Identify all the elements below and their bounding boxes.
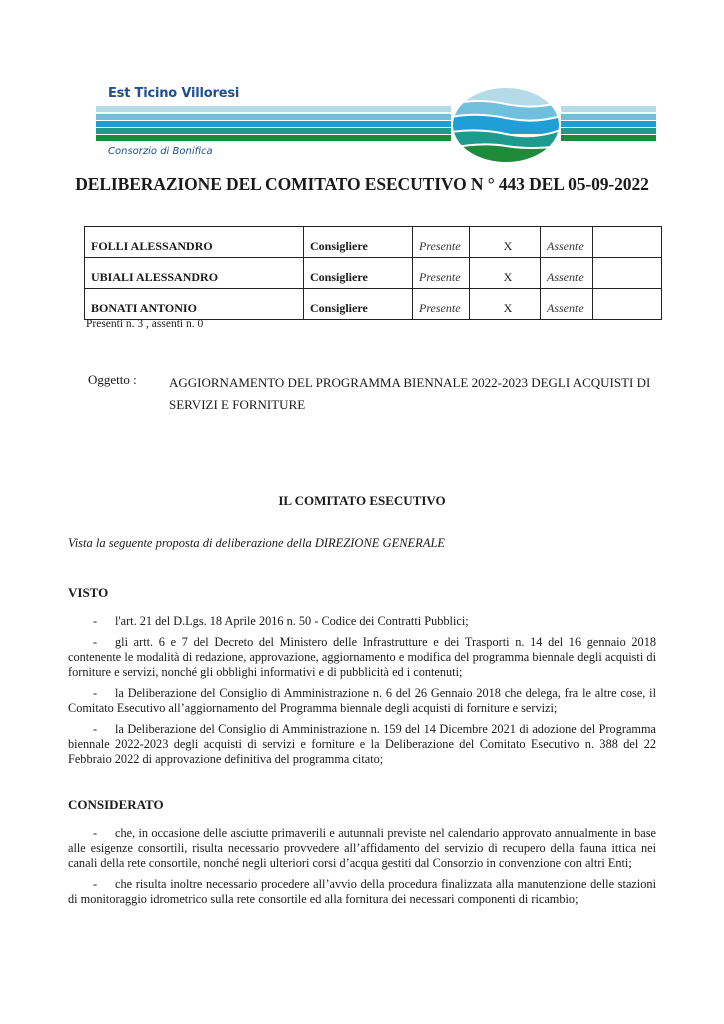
- logo-stripe: [96, 114, 656, 120]
- consortium-logo: Est Ticino Villoresi Consorzio di Bonifi…: [96, 86, 656, 164]
- subject-label: Oggetto :: [88, 372, 137, 388]
- visto-heading: VISTO: [68, 585, 108, 601]
- member-name: UBIALI ALESSANDRO: [85, 258, 304, 289]
- list-item: -l'art. 21 del D.Lgs. 18 Aprile 2016 n. …: [68, 614, 656, 629]
- present-label: Presente: [413, 289, 470, 320]
- subject-text: AGGIORNAMENTO DEL PROGRAMMA BIENNALE 202…: [169, 372, 669, 416]
- list-item: -la Deliberazione del Consiglio di Ammin…: [68, 686, 656, 716]
- table-row: BONATI ANTONIOConsiglierePresenteXAssent…: [85, 289, 662, 320]
- logo-stripe: [96, 121, 656, 127]
- attendance-table: FOLLI ALESSANDROConsiglierePresenteXAsse…: [84, 226, 662, 320]
- proposal-line: Vista la seguente proposta di deliberazi…: [68, 536, 445, 551]
- table-row: UBIALI ALESSANDROConsiglierePresenteXAss…: [85, 258, 662, 289]
- logo-title: Est Ticino Villoresi: [108, 86, 239, 101]
- presence-summary: Presenti n. 3 , assenti n. 0: [86, 318, 203, 330]
- member-role: Consigliere: [304, 227, 413, 258]
- absent-label: Assente: [541, 289, 593, 320]
- member-role: Consigliere: [304, 289, 413, 320]
- list-item-text: che risulta inoltre necessario procedere…: [68, 877, 656, 906]
- absent-mark: [593, 258, 662, 289]
- bullet-dash: -: [68, 635, 115, 650]
- list-item: -gli artt. 6 e 7 del Decreto del Ministe…: [68, 635, 656, 680]
- bullet-dash: -: [68, 877, 115, 892]
- document-title: DELIBERAZIONE DEL COMITATO ESECUTIVO N °…: [0, 174, 724, 195]
- absent-label: Assente: [541, 227, 593, 258]
- absent-label: Assente: [541, 258, 593, 289]
- member-role: Consigliere: [304, 258, 413, 289]
- bullet-dash: -: [68, 614, 115, 629]
- considerato-heading: CONSIDERATO: [68, 797, 164, 813]
- list-item: -che risulta inoltre necessario proceder…: [68, 877, 656, 907]
- list-item: -la Deliberazione del Consiglio di Ammin…: [68, 722, 656, 767]
- present-label: Presente: [413, 258, 470, 289]
- considerato-list: -che, in occasione delle asciutte primav…: [68, 826, 656, 913]
- absent-mark: [593, 289, 662, 320]
- present-mark: X: [470, 258, 541, 289]
- list-item-text: gli artt. 6 e 7 del Decreto del Minister…: [68, 635, 656, 679]
- list-item-text: la Deliberazione del Consiglio di Ammini…: [68, 722, 656, 766]
- logo-stripe: [96, 106, 656, 112]
- member-name: BONATI ANTONIO: [85, 289, 304, 320]
- present-mark: X: [470, 289, 541, 320]
- logo-stripe: [96, 128, 656, 134]
- present-label: Presente: [413, 227, 470, 258]
- present-mark: X: [470, 227, 541, 258]
- list-item-text: la Deliberazione del Consiglio di Ammini…: [68, 686, 656, 715]
- water-emblem-icon: [451, 86, 561, 164]
- list-item: -che, in occasione delle asciutte primav…: [68, 826, 656, 871]
- list-item-text: che, in occasione delle asciutte primave…: [68, 826, 656, 870]
- member-name: FOLLI ALESSANDRO: [85, 227, 304, 258]
- table-row: FOLLI ALESSANDROConsiglierePresenteXAsse…: [85, 227, 662, 258]
- visto-list: -l'art. 21 del D.Lgs. 18 Aprile 2016 n. …: [68, 614, 656, 773]
- logo-subtitle: Consorzio di Bonifica: [108, 146, 213, 157]
- absent-mark: [593, 227, 662, 258]
- bullet-dash: -: [68, 826, 115, 841]
- logo-stripe: [96, 135, 656, 141]
- committee-heading: IL COMITATO ESECUTIVO: [0, 493, 724, 509]
- list-item-text: l'art. 21 del D.Lgs. 18 Aprile 2016 n. 5…: [115, 614, 469, 628]
- bullet-dash: -: [68, 686, 115, 701]
- bullet-dash: -: [68, 722, 115, 737]
